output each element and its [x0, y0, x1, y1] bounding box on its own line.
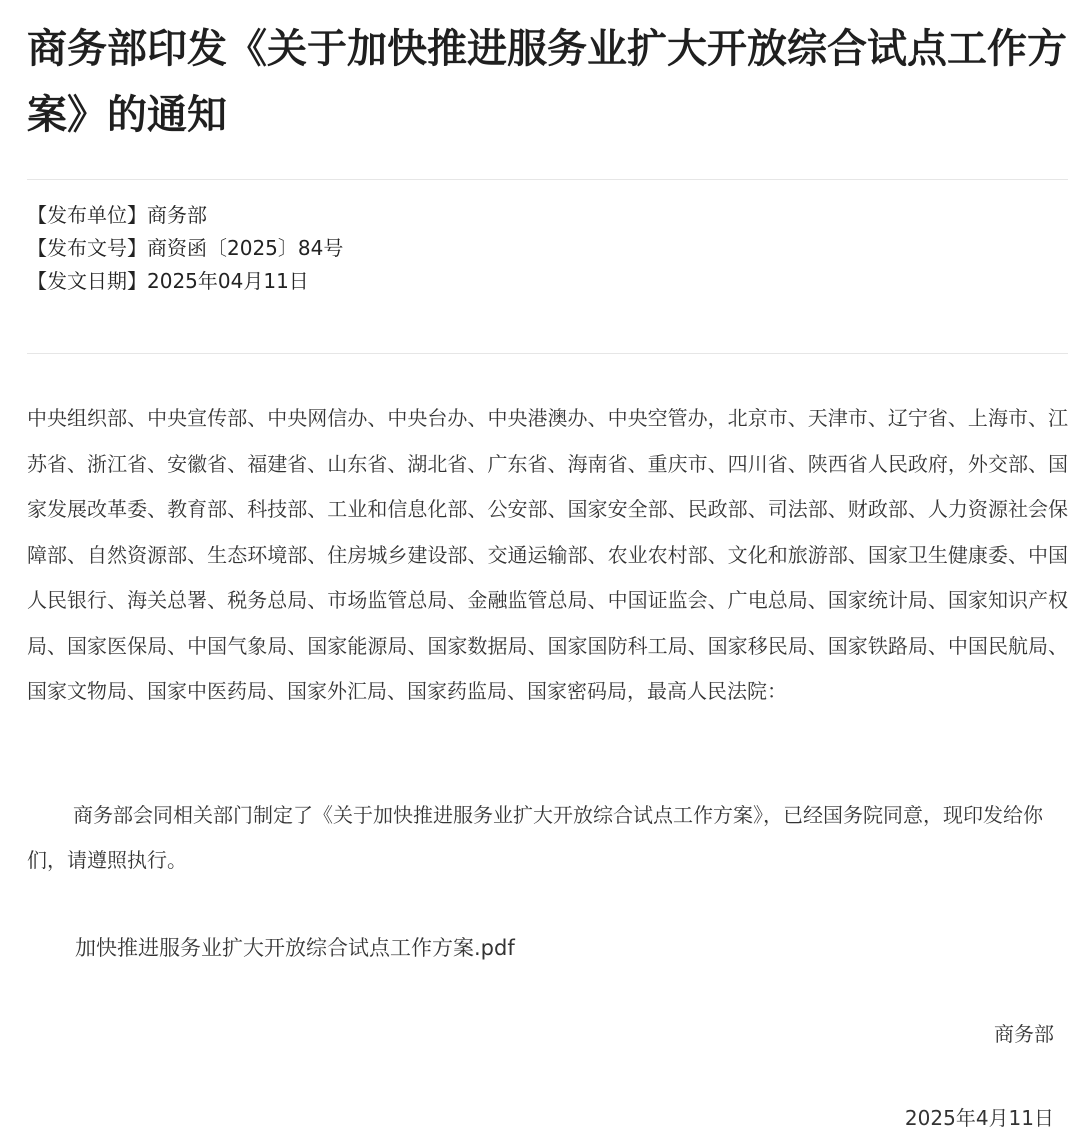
addressee-list: 中央组织部、中央宣传部、中央网信办、中央台办、中央港澳办、中央空管办，北京市、天…: [27, 396, 1068, 715]
body-paragraph: 商务部会同相关部门制定了《关于加快推进服务业扩大开放综合试点工作方案》，已经国务…: [27, 793, 1068, 883]
meta-publisher-value: 商务部: [147, 203, 207, 227]
meta-issue-date-label: 【发文日期】: [27, 269, 147, 293]
signature-date: 2025年4月11日: [905, 1101, 1054, 1135]
document-metadata: 【发布单位】商务部 【发布文号】商资函〔2025〕84号 【发文日期】2025年…: [27, 199, 343, 298]
divider-top: [27, 179, 1068, 180]
divider-bottom: [27, 353, 1068, 354]
meta-publisher-label: 【发布单位】: [27, 203, 147, 227]
signature-issuer: 商务部: [994, 1017, 1054, 1051]
meta-publisher: 【发布单位】商务部: [27, 199, 343, 232]
meta-doc-number-label: 【发布文号】: [27, 236, 147, 260]
meta-issue-date-value: 2025年04月11日: [147, 269, 309, 293]
attachment-link[interactable]: 加快推进服务业扩大开放综合试点工作方案.pdf: [75, 930, 515, 966]
meta-issue-date: 【发文日期】2025年04月11日: [27, 265, 343, 298]
meta-doc-number: 【发布文号】商资函〔2025〕84号: [27, 232, 343, 265]
page-title: 商务部印发《关于加快推进服务业扩大开放综合试点工作方案》的通知: [27, 16, 1068, 148]
meta-doc-number-value: 商资函〔2025〕84号: [147, 236, 343, 260]
